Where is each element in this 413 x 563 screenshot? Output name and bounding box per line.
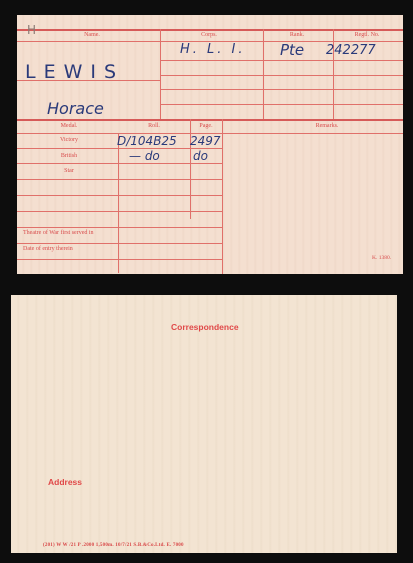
medal-rule-1: [17, 148, 222, 149]
pencil-mark: H: [27, 23, 36, 37]
form-code: K. 1380.: [372, 255, 391, 261]
medal-rule-4: [17, 195, 222, 196]
header-top-rule: [17, 29, 403, 31]
corps-rule-3: [160, 89, 403, 90]
divider-page-remarks: [222, 119, 223, 274]
page-victory: 2497: [190, 134, 221, 148]
page-british: do: [193, 149, 208, 163]
correspondence-label: Correspondence: [171, 322, 239, 332]
roll-british: — do: [129, 149, 160, 163]
medal-rule-8: [17, 259, 222, 260]
printer-imprint: (201) W W /21 P .2000 1,500m. 10/7/21 S.…: [43, 543, 184, 548]
regtl-no-header: Regtl. No.: [355, 32, 380, 38]
date-entry-label: Date of entry therein: [23, 246, 73, 252]
forename: Horace: [47, 99, 104, 118]
medal-header: Medal.: [61, 123, 78, 129]
rank-value: Pte: [280, 41, 304, 59]
address-label: Address: [48, 477, 82, 487]
medal-rule-2: [17, 163, 222, 164]
medal-british: British: [61, 153, 77, 159]
medal-rule-3: [17, 179, 222, 180]
corps-rule-1: [160, 60, 403, 61]
medal-rule-5: [17, 211, 222, 212]
divider-corps-rank: [263, 29, 264, 119]
corps-value: H. L. I.: [180, 42, 246, 57]
medal-card-front: H Name. Corps. Rank. Regtl. No. LEWIS Ho…: [17, 15, 403, 274]
regtl-no-value: 242277: [326, 43, 376, 58]
medal-victory: Victory: [60, 137, 78, 143]
corps-rule-2: [160, 75, 403, 76]
medal-card-back: Correspondence Address (201) W W /21 P .…: [11, 295, 397, 553]
name-header: Name.: [84, 32, 100, 38]
medal-rule-6: [17, 227, 222, 228]
divider-name-corps: [160, 29, 161, 119]
medal-rule-7: [17, 243, 222, 244]
medal-top-rule: [17, 119, 403, 121]
corps-rule-4: [160, 104, 403, 105]
corps-header: Corps.: [201, 32, 217, 38]
divider-medal-roll: [118, 133, 119, 273]
theatre-label: Theatre of War first served in: [23, 230, 94, 236]
rank-header: Rank.: [290, 32, 304, 38]
roll-victory: D/104B25: [117, 134, 177, 148]
page-header: Page.: [199, 123, 212, 129]
remarks-header: Remarks.: [316, 123, 339, 129]
medal-star: Star: [64, 168, 74, 174]
roll-header: Roll.: [148, 123, 160, 129]
surname: LEWIS: [25, 61, 124, 83]
